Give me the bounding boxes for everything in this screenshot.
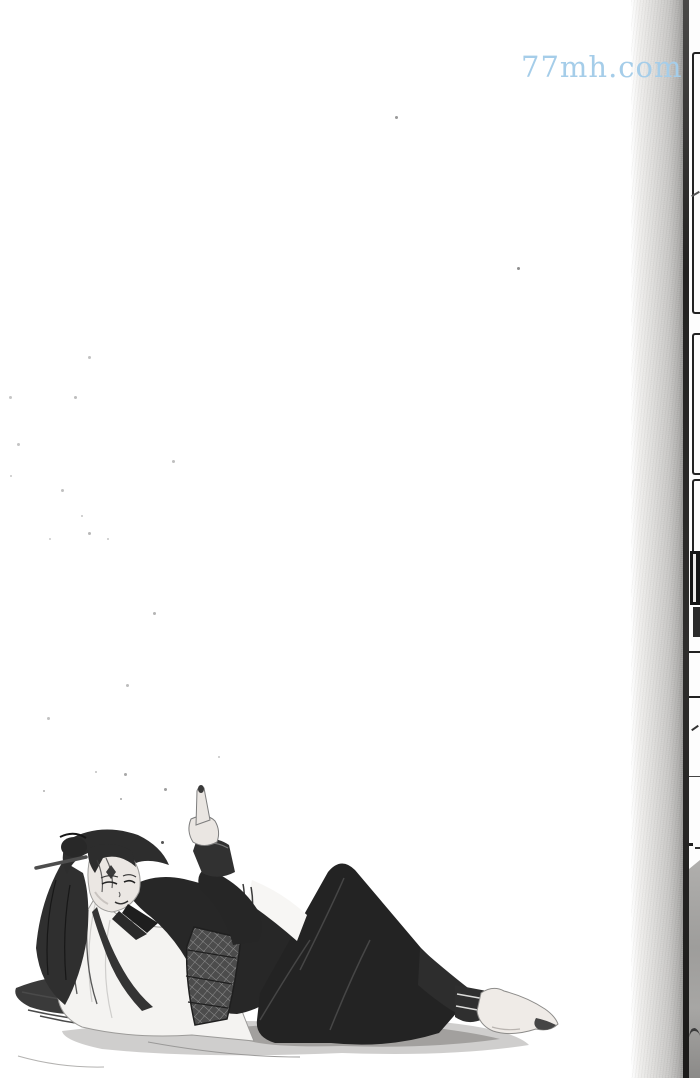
manga-page[interactable]: 77mh.com bbox=[0, 0, 700, 1078]
pointing-hand bbox=[189, 785, 219, 846]
dust-speck bbox=[10, 475, 12, 477]
dust-speck bbox=[107, 538, 109, 540]
next-page-mark bbox=[689, 843, 693, 846]
next-page-sliver bbox=[689, 0, 700, 1078]
next-page-tone-block bbox=[689, 860, 700, 1078]
next-page-line bbox=[689, 776, 700, 777]
next-page-panel-border bbox=[692, 479, 700, 551]
dust-speck bbox=[9, 396, 12, 399]
next-page-line bbox=[689, 696, 700, 698]
next-page-line bbox=[689, 651, 700, 653]
dust-speck bbox=[124, 773, 127, 776]
next-page-dark-panel bbox=[690, 551, 700, 605]
dust-speck bbox=[49, 538, 51, 540]
dust-speck bbox=[517, 267, 520, 270]
hair-bun bbox=[61, 837, 87, 857]
dust-speck bbox=[61, 489, 64, 492]
dust-speck bbox=[81, 515, 83, 517]
dust-speck bbox=[88, 532, 91, 535]
face bbox=[88, 844, 140, 912]
dust-speck bbox=[126, 684, 129, 687]
dust-speck bbox=[153, 612, 156, 615]
dust-speck bbox=[395, 116, 398, 119]
dust-speck bbox=[218, 756, 220, 758]
next-page-mark bbox=[691, 725, 699, 731]
next-page-panel-border bbox=[692, 52, 700, 314]
dust-speck bbox=[88, 356, 91, 359]
page-edge-strip bbox=[631, 0, 684, 1078]
page-spine-line bbox=[683, 0, 689, 1078]
next-page-mark bbox=[695, 847, 700, 849]
figure-illustration bbox=[0, 780, 580, 1078]
site-watermark: 77mh.com bbox=[521, 50, 683, 84]
next-page-dark-panel bbox=[693, 607, 700, 637]
dust-speck bbox=[17, 443, 20, 446]
dust-speck bbox=[74, 396, 77, 399]
next-page-panel-border bbox=[692, 333, 700, 475]
dust-speck bbox=[172, 460, 175, 463]
dust-speck bbox=[95, 771, 97, 773]
dust-speck bbox=[47, 717, 50, 720]
